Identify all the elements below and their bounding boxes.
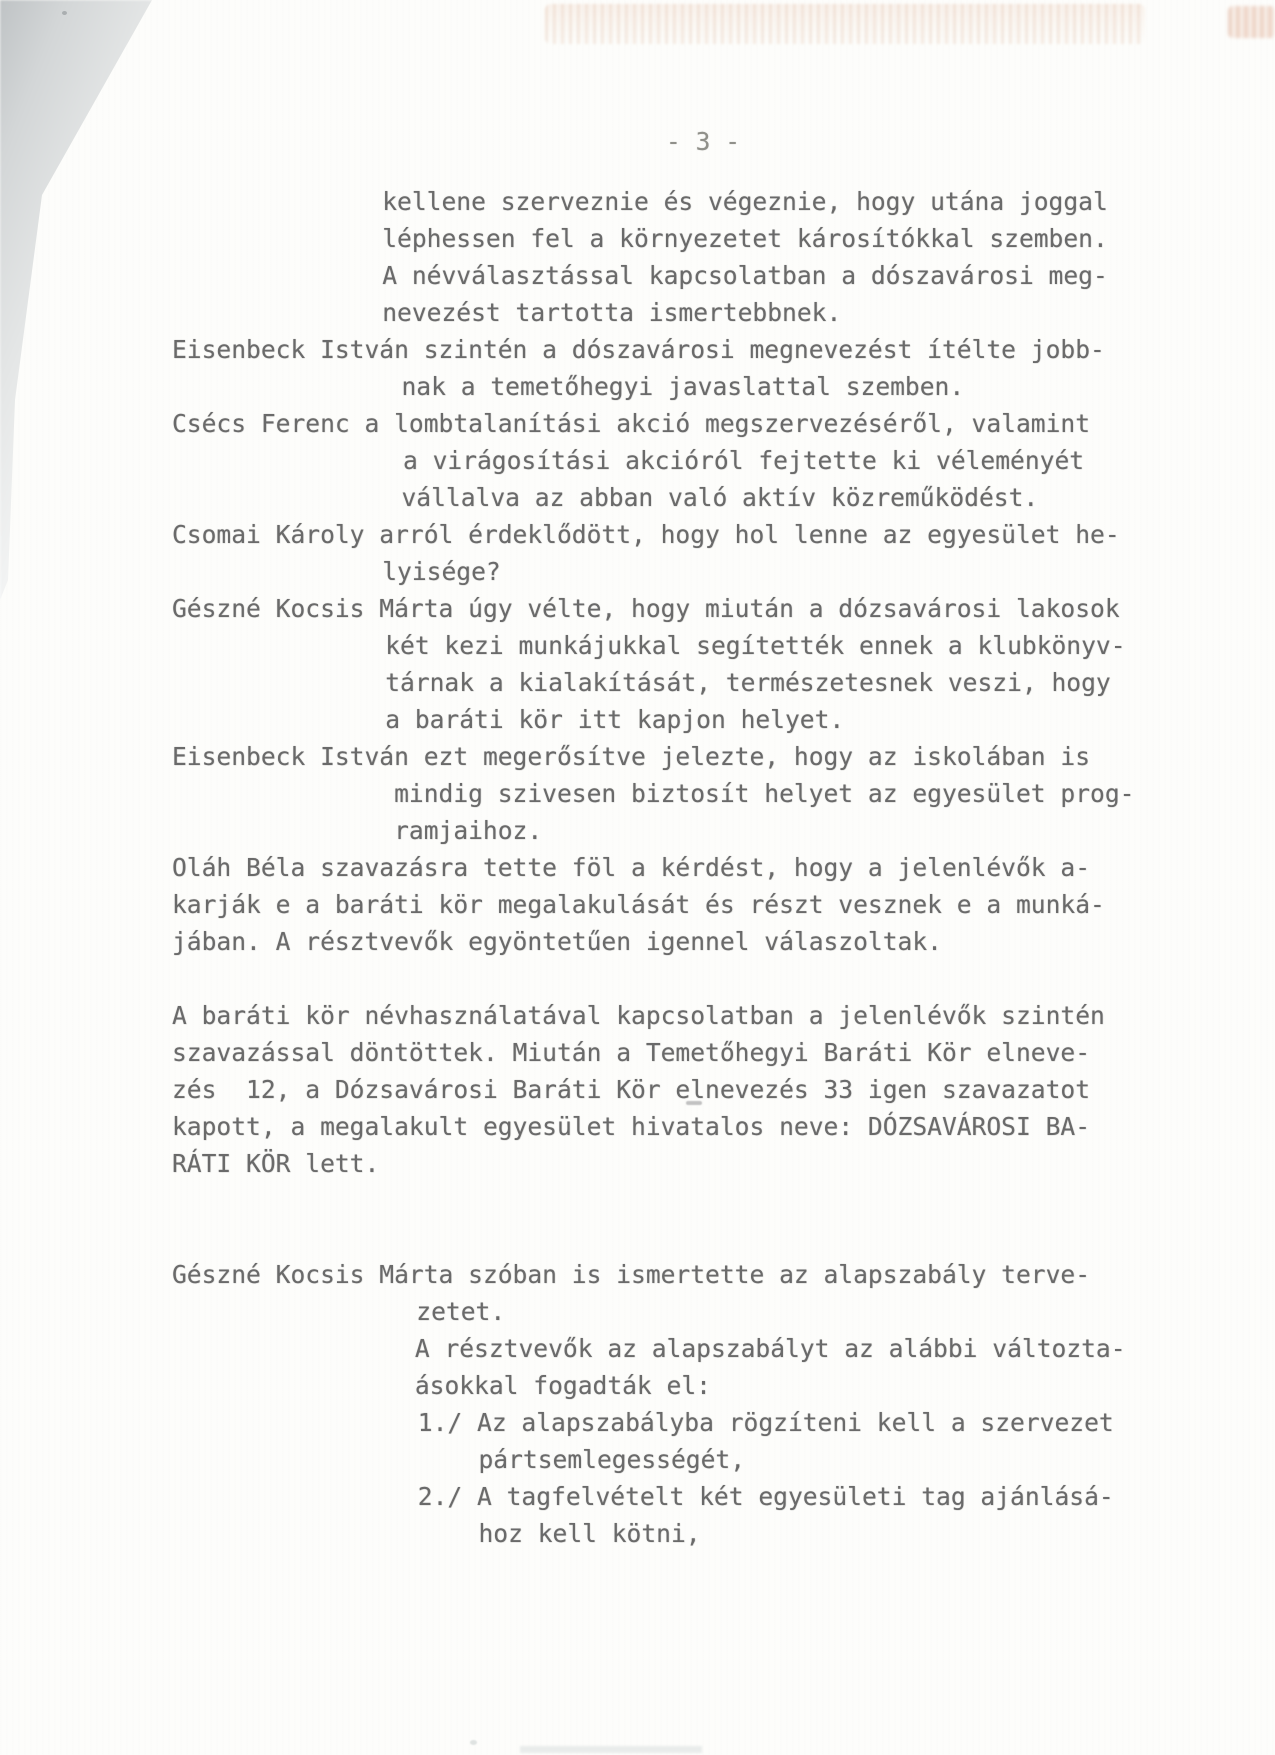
text-line: karják e a baráti kör megalakulását és r… xyxy=(172,886,1182,923)
text-line xyxy=(172,1182,1182,1219)
text-line: két kezi munkájukkal segítették ennek a … xyxy=(172,627,1182,664)
page-corner-fold-artifact xyxy=(0,0,170,600)
text-line: zés 12, a Dózsavárosi Baráti Kör elnevez… xyxy=(172,1071,1182,1108)
text-line: Oláh Béla szavazásra tette föl a kérdést… xyxy=(172,849,1182,886)
text-line: zetet. xyxy=(172,1293,1182,1330)
text-line: A résztvevők az alapszabályt az alábbi v… xyxy=(172,1330,1182,1367)
text-line: hoz kell kötni, xyxy=(172,1515,1182,1552)
text-line: tárnak a kialakítását, természetesnek ve… xyxy=(172,664,1182,701)
text-line xyxy=(172,1219,1182,1256)
text-line: Csécs Ferenc a lombtalanítási akció megs… xyxy=(172,405,1182,442)
text-line: a baráti kör itt kapjon helyet. xyxy=(172,701,1182,738)
text-line: Gészné Kocsis Márta szóban is ismertette… xyxy=(172,1256,1182,1293)
text-line: RÁTI KÖR lett. xyxy=(172,1145,1182,1182)
scan-noise-bottom xyxy=(520,1746,702,1753)
text-line: vállalva az abban való aktív közreműködé… xyxy=(172,479,1182,516)
scan-noise-top-right xyxy=(1228,6,1275,38)
text-line: 2./ A tagfelvételt két egyesületi tag aj… xyxy=(172,1478,1182,1515)
text-line: a virágosítási akcióról fejtette ki véle… xyxy=(172,442,1182,479)
text-line: Eisenbeck István ezt megerősítve jelezte… xyxy=(172,738,1182,775)
page-number: - 3 - xyxy=(666,127,740,157)
text-line: jában. A résztvevők egyöntetűen igennel … xyxy=(172,923,1182,960)
text-line: kellene szerveznie és végeznie, hogy utá… xyxy=(172,183,1182,220)
text-line: Csomai Károly arról érdeklődött, hogy ho… xyxy=(172,516,1182,553)
text-line: Gészné Kocsis Márta úgy vélte, hogy miut… xyxy=(172,590,1182,627)
text-line: nak a temetőhegyi javaslattal szemben. xyxy=(172,368,1182,405)
text-line xyxy=(172,960,1182,997)
text-line: léphessen fel a környezetet károsítókkal… xyxy=(172,220,1182,257)
text-line: kapott, a megalakult egyesület hivatalos… xyxy=(172,1108,1182,1145)
scan-noise-band-top xyxy=(545,4,1145,44)
text-line: lyisége? xyxy=(172,553,1182,590)
document-page: - 3 - kellene szerveznie és végeznie, ho… xyxy=(0,0,1275,1755)
scan-speck-bottom xyxy=(470,1740,477,1745)
text-line: Eisenbeck István szintén a dószavárosi m… xyxy=(172,331,1182,368)
text-line: ásokkal fogadták el: xyxy=(172,1367,1182,1404)
text-line: ramjaihoz. xyxy=(172,812,1182,849)
document-body: kellene szerveznie és végeznie, hogy utá… xyxy=(172,183,1182,1552)
text-line: szavazással döntöttek. Miután a Temetőhe… xyxy=(172,1034,1182,1071)
text-line: 1./ Az alapszabályba rögzíteni kell a sz… xyxy=(172,1404,1182,1441)
scan-speck-top-left xyxy=(62,11,67,15)
text-line: pártsemlegességét, xyxy=(172,1441,1182,1478)
text-line: A baráti kör névhasználatával kapcsolatb… xyxy=(172,997,1182,1034)
text-line: A névválasztással kapcsolatban a dószavá… xyxy=(172,257,1182,294)
text-line: nevezést tartotta ismertebbnek. xyxy=(172,294,1182,331)
text-line: mindig szivesen biztosít helyet az egyes… xyxy=(172,775,1182,812)
